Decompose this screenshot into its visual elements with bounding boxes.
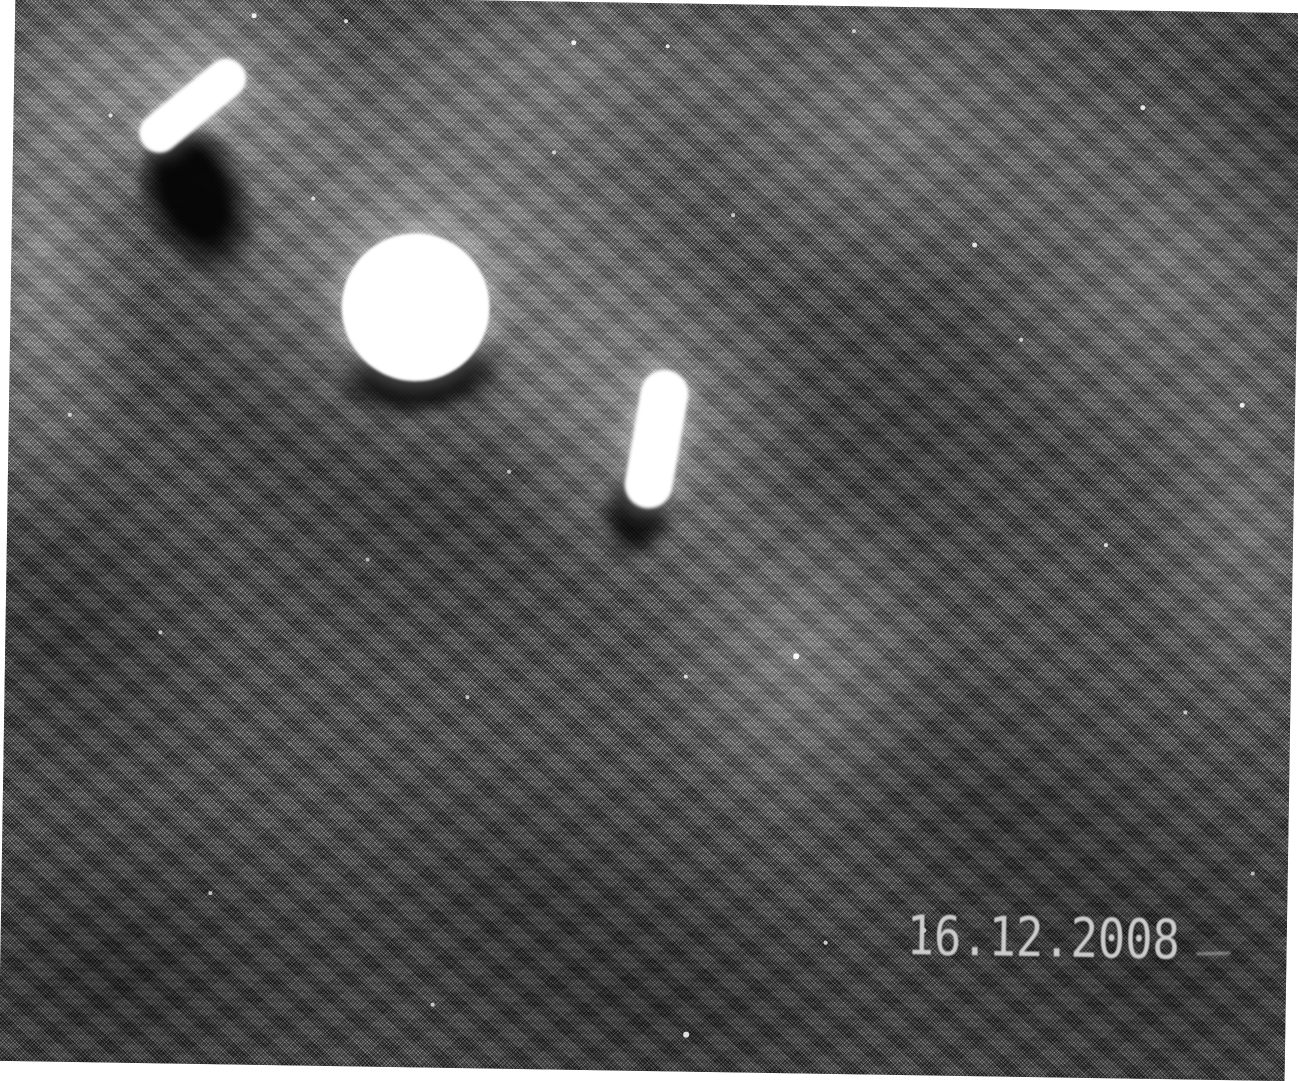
scratch-mark (1197, 952, 1231, 956)
scan-paper-background: 16.12.2008 (0, 0, 1298, 1081)
date-stamp: 16.12.2008 (906, 909, 1180, 967)
photograph: 16.12.2008 (0, 0, 1298, 1081)
